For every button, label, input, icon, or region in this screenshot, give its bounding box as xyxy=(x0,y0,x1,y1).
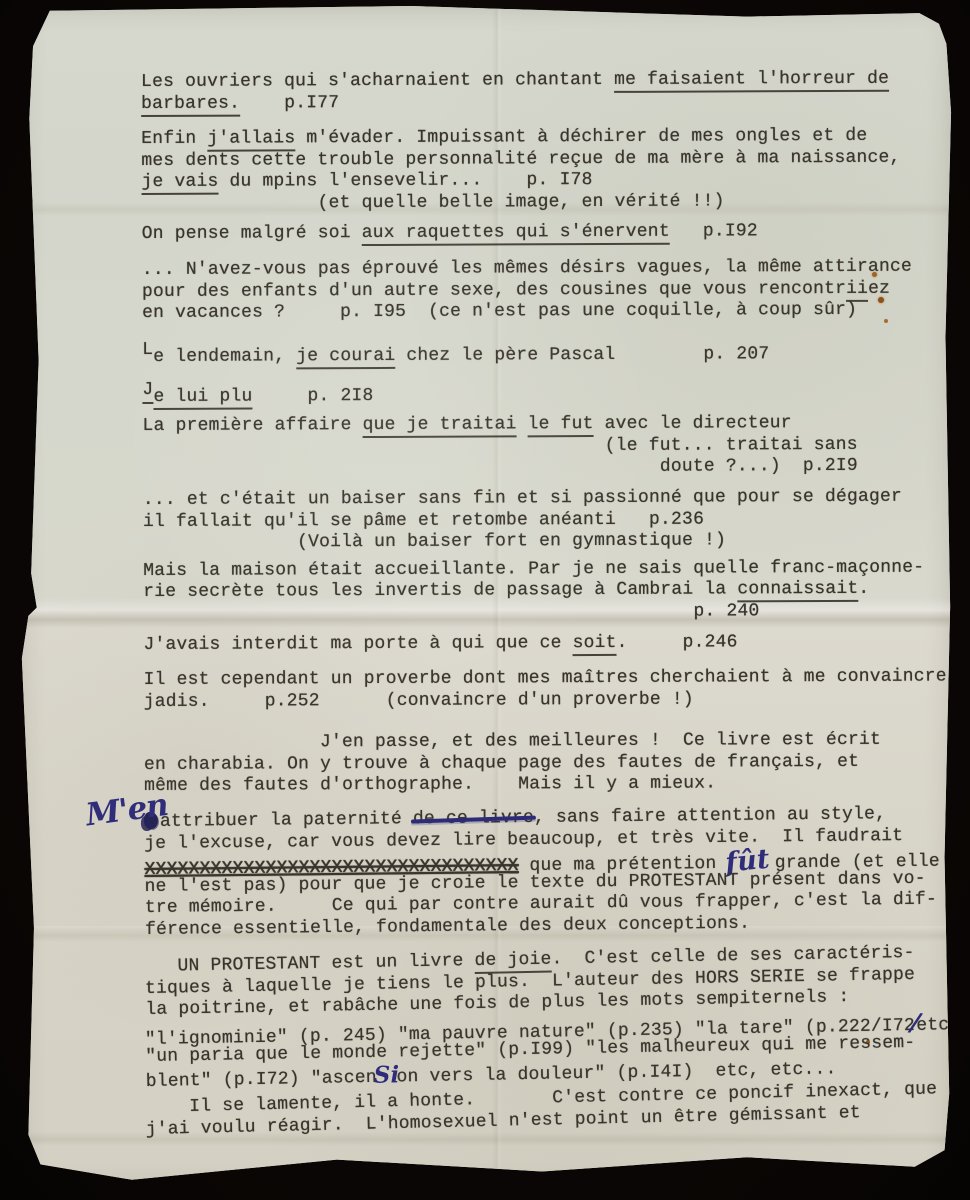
underlined-text: le fut xyxy=(528,414,594,437)
typed-text: même des fautes d'orthographe. Mais il y… xyxy=(144,774,716,796)
typed-text: ez xyxy=(868,278,890,298)
text-line: doute ?...) p.2I9 xyxy=(143,456,943,481)
typed-text: On pense malgré soi xyxy=(142,223,362,244)
handwritten-annotation: Si xyxy=(374,1065,400,1087)
typed-text: m'évader. Impuissant à déchirer de mes o… xyxy=(295,126,867,148)
typed-text: . p.246 xyxy=(617,633,738,654)
underlined-text: e lui plu xyxy=(153,386,252,409)
text-line: jadis. p.252 (convaincre d'un proverbe !… xyxy=(144,688,944,713)
text-line: Je lui plu p. 2I8 xyxy=(142,383,942,408)
text-line: en vacances ? p. I95 (ce n'est pas une c… xyxy=(142,300,942,325)
typed-text: p. 240 xyxy=(143,601,759,624)
quoted-words: "l'ignominie" (p. 245) "ma pauvre nature… xyxy=(145,1011,946,1090)
handwritten-annotation: M'en xyxy=(85,795,169,827)
typed-text: (Voilà un baiser fort en gymnastique !) xyxy=(143,531,726,554)
typed-text: mes dents cette trouble personnalité reç… xyxy=(141,147,900,170)
quote-p219: La première affaire que je traitai le fu… xyxy=(143,413,943,481)
typed-text: ... et c'était un baiser sans fin et si … xyxy=(143,487,902,510)
typed-text: chez le père Pascal p. 207 xyxy=(395,344,769,366)
comment-charabia: J'en passe, et des meilleures ! Ce livre… xyxy=(144,730,944,798)
text-line: J'avais interdit ma porte à qui que ce s… xyxy=(143,632,943,657)
typed-text: jadis. p.252 (convaincre d'un proverbe !… xyxy=(144,689,694,711)
quote-p218: Je lui plu p. 2I8 xyxy=(142,383,942,408)
typed-text: p. 2I8 xyxy=(252,386,373,407)
text-line: même des fautes d'orthographe. Mais il y… xyxy=(144,773,944,798)
text-line: barbares. p.I77 xyxy=(141,90,941,115)
typed-text: Mais la maison était accueillante. Par j… xyxy=(143,557,924,580)
text-line: On pense malgré soi aux raquettes qui s'… xyxy=(142,220,942,245)
typed-text: en vacances ? p. I95 (ce n'est pas une c… xyxy=(142,300,857,323)
typed-text: J'en passe, et des meilleures ! Ce livre… xyxy=(144,730,881,753)
typed-text: Enfin xyxy=(141,129,207,149)
underlined-text: je vais xyxy=(141,172,218,195)
typed-text-block: Les ouvriers qui s'acharnaient en chanta… xyxy=(141,69,946,1142)
underlined-text: ii xyxy=(846,279,868,302)
typed-text: , sans faire attention au style, xyxy=(534,804,886,828)
typed-text: blent" (p.I72) "ascen xyxy=(146,1068,377,1092)
underlined-text: de joie xyxy=(474,949,551,973)
typed-text: . xyxy=(858,579,869,599)
typed-text: il fallait qu'il se pâme et retombe anéa… xyxy=(143,509,704,531)
typed-text: Les ouvriers qui s'acharnaient en chanta… xyxy=(141,70,614,92)
document-page: Les ouvriers qui s'acharnaient en chanta… xyxy=(20,6,952,1188)
typed-text: ... N'avez-vous pas éprouvé les mêmes dé… xyxy=(142,257,912,280)
struck-through-text: de ce livre xyxy=(413,808,534,829)
typed-text: attribuer la paternité xyxy=(160,809,413,832)
typed-text: (et quelle belle image, en vérité !!) xyxy=(142,191,725,214)
underlined-text: barbares. xyxy=(141,93,240,116)
quote-p240: Mais la maison était accueillante. Par j… xyxy=(143,557,943,625)
typed-text: rie secrète tous les invertis de passage… xyxy=(143,580,737,603)
quote-p192: On pense malgré soi aux raquettes qui s'… xyxy=(142,220,942,245)
text-line: p. 240 xyxy=(143,600,943,625)
quote-p195: ... N'avez-vous pas éprouvé les mêmes dé… xyxy=(142,257,942,325)
quote-p178: Enfin j'allais m'évader. Impuissant à dé… xyxy=(141,126,941,216)
typed-text: (le fut... traitai sans xyxy=(143,435,858,458)
quote-p246: J'avais interdit ma porte à qui que ce s… xyxy=(143,632,943,657)
photo-background: Les ouvriers qui s'acharnaient en chanta… xyxy=(0,0,970,1200)
typed-text: La première affaire xyxy=(143,415,363,436)
underlined-text: aux raquettes qui s'énervent xyxy=(362,221,670,245)
quote-p236: ... et c'était un baiser sans fin et si … xyxy=(143,486,943,554)
typed-text: J'avais interdit ma porte à qui que ce xyxy=(143,634,572,656)
typed-text: en charabia. On y trouve à chaque page d… xyxy=(144,752,859,775)
typed-text: Il est cependant un proverbe dont mes ma… xyxy=(144,667,947,691)
text-line: (Voilà un baiser fort en gymnastique !) xyxy=(143,530,943,555)
typed-text: p.I92 xyxy=(670,221,758,241)
underlined-text: connaissait xyxy=(737,579,858,603)
quote-p177: Les ouvriers qui s'acharnaient en chanta… xyxy=(141,69,941,116)
typed-text: pour des enfants d'un autre sexe, des co… xyxy=(142,279,846,302)
underlined-text: soit xyxy=(573,633,617,656)
underlined-text: que je traitai xyxy=(363,414,517,438)
underlined-text: je courai xyxy=(296,346,395,369)
typed-text: e lendemain, xyxy=(153,346,296,367)
underlined-text: me faisaient l'horreur de xyxy=(614,69,889,93)
typed-text: L xyxy=(142,340,153,362)
typed-text: avec le directeur xyxy=(594,413,792,434)
comment-corrections: M'enattribuer la paternité de ce livre, … xyxy=(144,804,945,942)
comment-protestant: UN PROTESTANT est un livre de joie. C'es… xyxy=(144,942,945,1021)
typed-text: p.I77 xyxy=(240,93,339,113)
text-line: (et quelle belle image, en vérité !!) xyxy=(142,190,942,215)
quote-p252: Il est cependant un proverbe dont mes ma… xyxy=(144,667,944,714)
typed-text: du mpins l'ensevelir... p. I78 xyxy=(218,170,592,192)
text-line: Le lendemain, je courai chez le père Pas… xyxy=(142,343,942,368)
typed-text xyxy=(517,414,528,434)
underlined-text: j'allais xyxy=(207,129,295,152)
quote-p207: Le lendemain, je courai chez le père Pas… xyxy=(142,343,942,368)
underlined-text: J xyxy=(142,379,153,404)
typed-text: doute ?...) p.2I9 xyxy=(143,456,858,479)
